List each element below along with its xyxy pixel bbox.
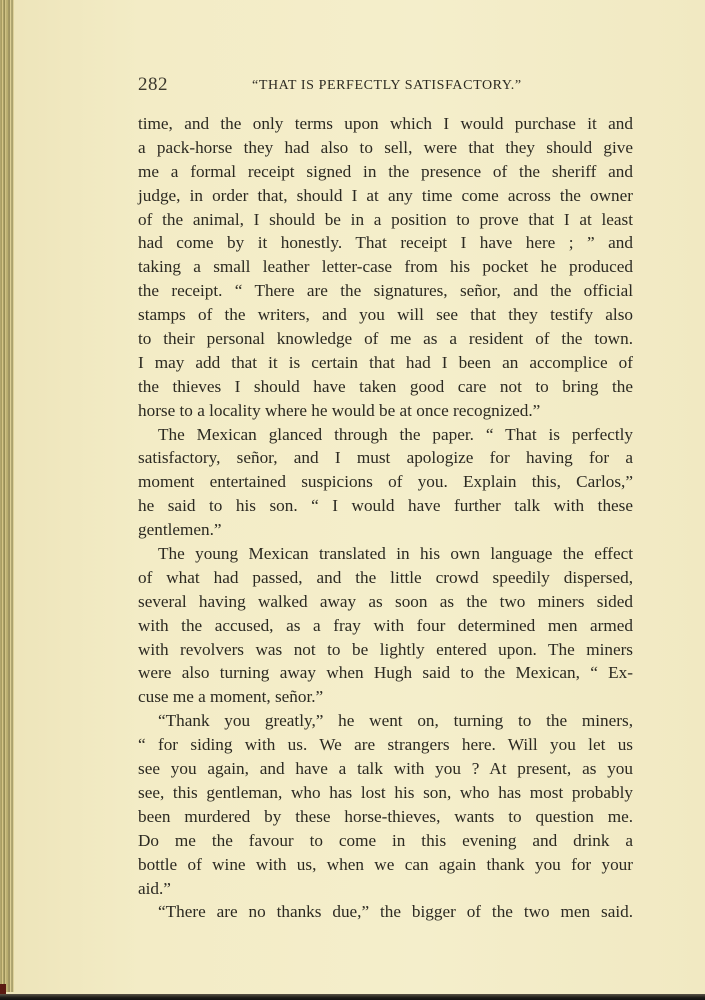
text-line: the receipt. “ There are the signatures,… [138,279,633,303]
text-line: time, and the only terms upon which I wo… [138,112,633,136]
text-line: stamps of the writers, and you will see … [138,303,633,327]
text-line: horse to a locality where he would be at… [138,399,633,423]
text-line: cuse me a moment, señor.” [138,685,633,709]
text-line: taking a small leather letter-case from … [138,255,633,279]
text-line: Do me the favour to come in this evening… [138,829,633,853]
text-line: judge, in order that, should I at any ti… [138,184,633,208]
text-line: with revolvers was not to be lightly ent… [138,638,633,662]
body-text: time, and the only terms upon which I wo… [138,112,633,924]
page-number: 282 [138,74,168,96]
text-line: a pack-horse they had also to sell, were… [138,136,633,160]
text-line: I may add that it is certain that had I … [138,351,633,375]
running-head: 282 “THAT IS PERFECTLY SATISFACTORY.” [138,74,633,98]
page-bottom-edge [0,994,705,1000]
text-line: to their personal knowledge of me as a r… [138,327,633,351]
running-title: “THAT IS PERFECTLY SATISFACTORY.” [252,78,522,94]
text-line: “ for siding with us. We are strangers h… [138,733,633,757]
text-line: me a formal receipt signed in the presen… [138,160,633,184]
book-page: 282 “THAT IS PERFECTLY SATISFACTORY.” ti… [0,0,705,1000]
text-line: “Thank you greatly,” he went on, turning… [138,709,633,733]
text-line: The Mexican glanced through the paper. “… [138,423,633,447]
text-line: bottle of wine with us, when we can agai… [138,853,633,877]
text-line: satisfactory, señor, and I must apologiz… [138,446,633,470]
text-line: several having walked away as soon as th… [138,590,633,614]
text-line: he said to his son. “ I would have furth… [138,494,633,518]
text-line: gentlemen.” [138,518,633,542]
text-line: see you again, and have a talk with you … [138,757,633,781]
text-line: of what had passed, and the little crowd… [138,566,633,590]
text-line: of the animal, I should be in a position… [138,208,633,232]
text-line: with the accused, as a fray with four de… [138,614,633,638]
text-line: were also turning away when Hugh said to… [138,661,633,685]
text-line: had come by it honestly. That receipt I … [138,231,633,255]
text-line: The young Mexican translated in his own … [138,542,633,566]
text-line: been murdered by these horse-thieves, wa… [138,805,633,829]
text-line: aid.” [138,877,633,901]
text-line: see, this gentleman, who has lost his so… [138,781,633,805]
text-line: moment entertained suspicions of you. Ex… [138,470,633,494]
book-spine-edge [0,0,14,992]
text-line: “There are no thanks due,” the bigger of… [138,900,633,924]
text-line: the thieves I should have taken good car… [138,375,633,399]
